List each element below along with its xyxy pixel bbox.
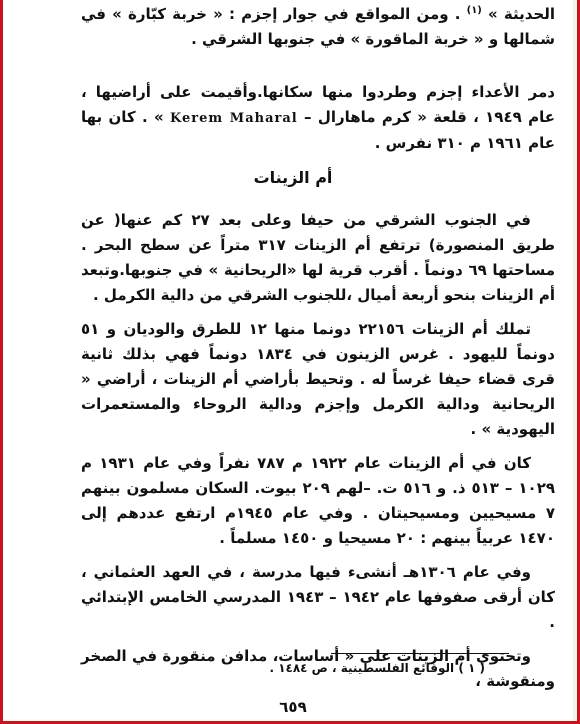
footnote-divider <box>331 653 509 654</box>
destroyed-village-block: دمر الأعداء إجزم وطردوا منها سكانها.وأقي… <box>81 80 555 156</box>
paragraph-location: في الجنوب الشرقي من حيفا وعلى بعد ٢٧ كم … <box>81 208 555 308</box>
footnote-marker[interactable]: (١) <box>467 5 482 16</box>
paragraph-population: كان في أم الزينات عام ١٩٢٢ م ٧٨٧ نفراً و… <box>81 451 555 551</box>
paragraph-school: وفي عام ١٣٠٦هـ أنشىء فيها مدرسة ، في الع… <box>81 560 555 635</box>
page-number: ٦٥٩ <box>3 698 580 716</box>
paragraph-continuation: الحديثة » (١) . ومن المواقع في جوار إجزم… <box>81 2 555 52</box>
body-paragraphs: في الجنوب الشرقي من حيفا وعلى بعد ٢٧ كم … <box>81 208 555 694</box>
latin-place-name: Kerem Maharal <box>170 111 298 126</box>
footnote: ( ١ ) الوقائع الفلسطينية ، ص ١٤٨٤ . <box>203 661 485 675</box>
top-continuation-block: الحديثة » (١) . ومن المواقع في جوار إجزم… <box>81 2 555 52</box>
document-page: الحديثة » (١) . ومن المواقع في جوار إجزم… <box>0 0 580 724</box>
text-segment: . ومن المواقع في جوار إجزم : « خربة كبّا… <box>81 5 555 48</box>
text-segment: الحديثة » <box>488 5 555 23</box>
paragraph-destroyed: دمر الأعداء إجزم وطردوا منها سكانها.وأقي… <box>81 80 555 156</box>
section-heading: أم الزينات <box>3 168 580 187</box>
paragraph-land: تملك أم الزينات ٢٢١٥٦ دونما منها ١٢ للطر… <box>81 317 555 442</box>
